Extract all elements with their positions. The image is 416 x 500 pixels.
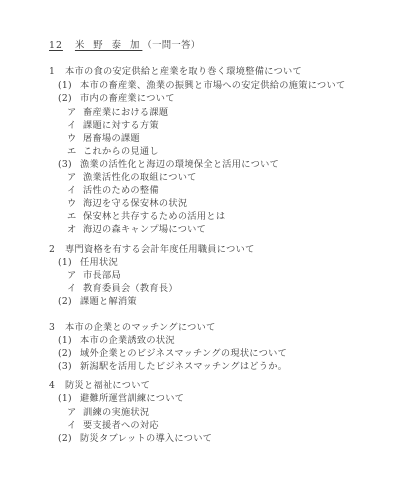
subsection-heading: (1)本市の企業誘致の状況 [58,335,175,347]
subsection-heading: (1)避難所運営訓練について [58,393,184,405]
list-item: ア畜産業における課題 [67,107,168,119]
list-item: ア漁業活性化の取組について [67,172,197,184]
section-heading: 3本市の企業とのマッチングについて [49,322,216,334]
section-heading: 1本市の食の安定供給と産業を取り巻く環境整備について [49,66,302,78]
subsection-heading: (2)市内の畜産業について [58,93,175,105]
subsection-heading: (2)防災タブレットの導入について [58,433,212,445]
question-header: 12米 野 泰 加（一問一答） [49,40,200,52]
list-item: ウ屠畜場の課題 [67,133,140,145]
list-item: ア市長部局 [67,270,121,282]
document-page: 12米 野 泰 加（一問一答） 1本市の食の安定供給と産業を取り巻く環境整備につ… [0,0,416,500]
subsection-heading: (3)新潟駅を活用したビジネスマッチングはどうか。 [58,361,287,373]
list-item: イ課題に対する方策 [67,120,159,132]
list-item: エ保安林と共存するための活用とは [67,211,225,223]
question-format: （一問一答） [142,40,200,51]
list-item: オ海辺の森キャンプ場について [67,224,206,236]
list-item: ア訓練の実施状況 [67,407,149,419]
subsection-heading: (2)域外企業とのビジネスマッチングの現状について [58,348,287,360]
section-heading: 4防災と福祉について [49,380,150,392]
header-underlined: 12米 野 泰 加 [49,40,142,51]
list-item: イ教育委員会（教育長） [67,283,178,295]
list-item: イ要支援者への対応 [67,420,159,432]
subsection-heading: (1)本市の畜産業、漁業の振興と市場への安定供給の施策について [58,80,345,92]
list-item: エこれからの見通し [67,146,159,158]
section-heading: 2専門資格を有する会計年度任用職員について [49,244,255,256]
question-number: 12 [49,40,63,51]
subsection-heading: (2)課題と解消策 [58,296,137,308]
council-member-name: 米 野 泰 加 [75,40,142,51]
list-item: ウ海辺を守る保安林の状況 [67,198,187,210]
subsection-heading: (1)任用状況 [58,257,118,269]
subsection-heading: (3)漁業の活性化と海辺の環境保全と活用について [58,159,279,171]
list-item: イ活性のための整備 [67,185,159,197]
